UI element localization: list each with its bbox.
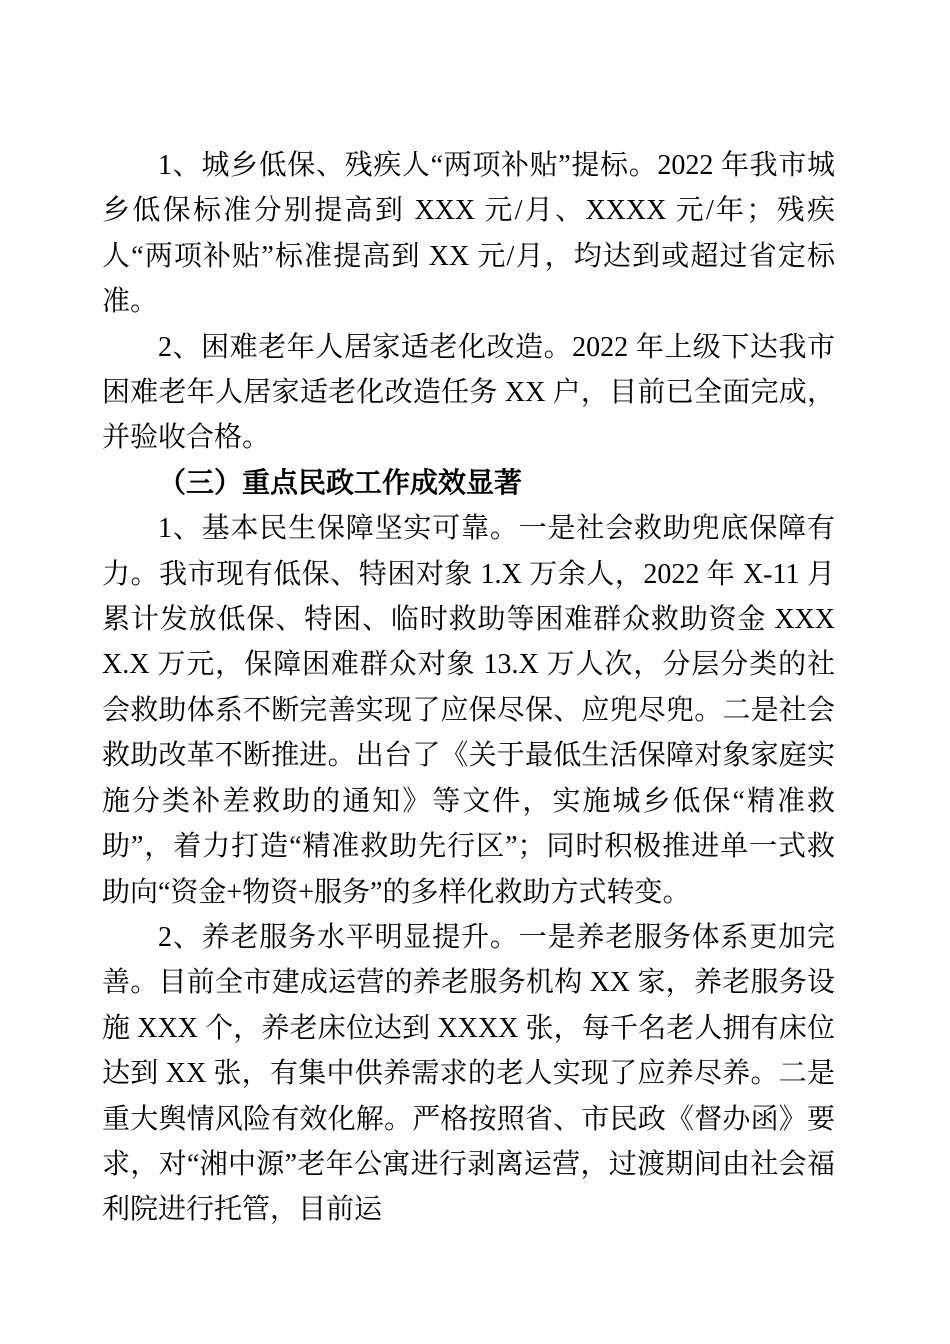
paragraph-aging-renovation: 2、困难老年人居家适老化改造。2022 年上级下达我市困难老年人居家适老化改造任… [102,325,835,461]
paragraph-elderly-care: 2、养老服务水平明显提升。一是养老服务体系更加完善。目前全市建成运营的养老服务机… [102,915,835,1233]
paragraph-basic-livelihood: 1、基本民生保障坚实可靠。一是社会救助兜底保障有力。我市现有低保、特困对象 1.… [102,506,835,915]
section-heading-key-civil-affairs: （三）重点民政工作成效显著 [102,461,835,506]
document-body: 1、城乡低保、残疾人“两项补贴”提标。2022 年我市城乡低保标准分别提高到 X… [102,143,835,1233]
paragraph-lowbao-subsidy: 1、城乡低保、残疾人“两项补贴”提标。2022 年我市城乡低保标准分别提高到 X… [102,143,835,325]
document-page: 1、城乡低保、残疾人“两项补贴”提标。2022 年我市城乡低保标准分别提高到 X… [0,0,950,1344]
